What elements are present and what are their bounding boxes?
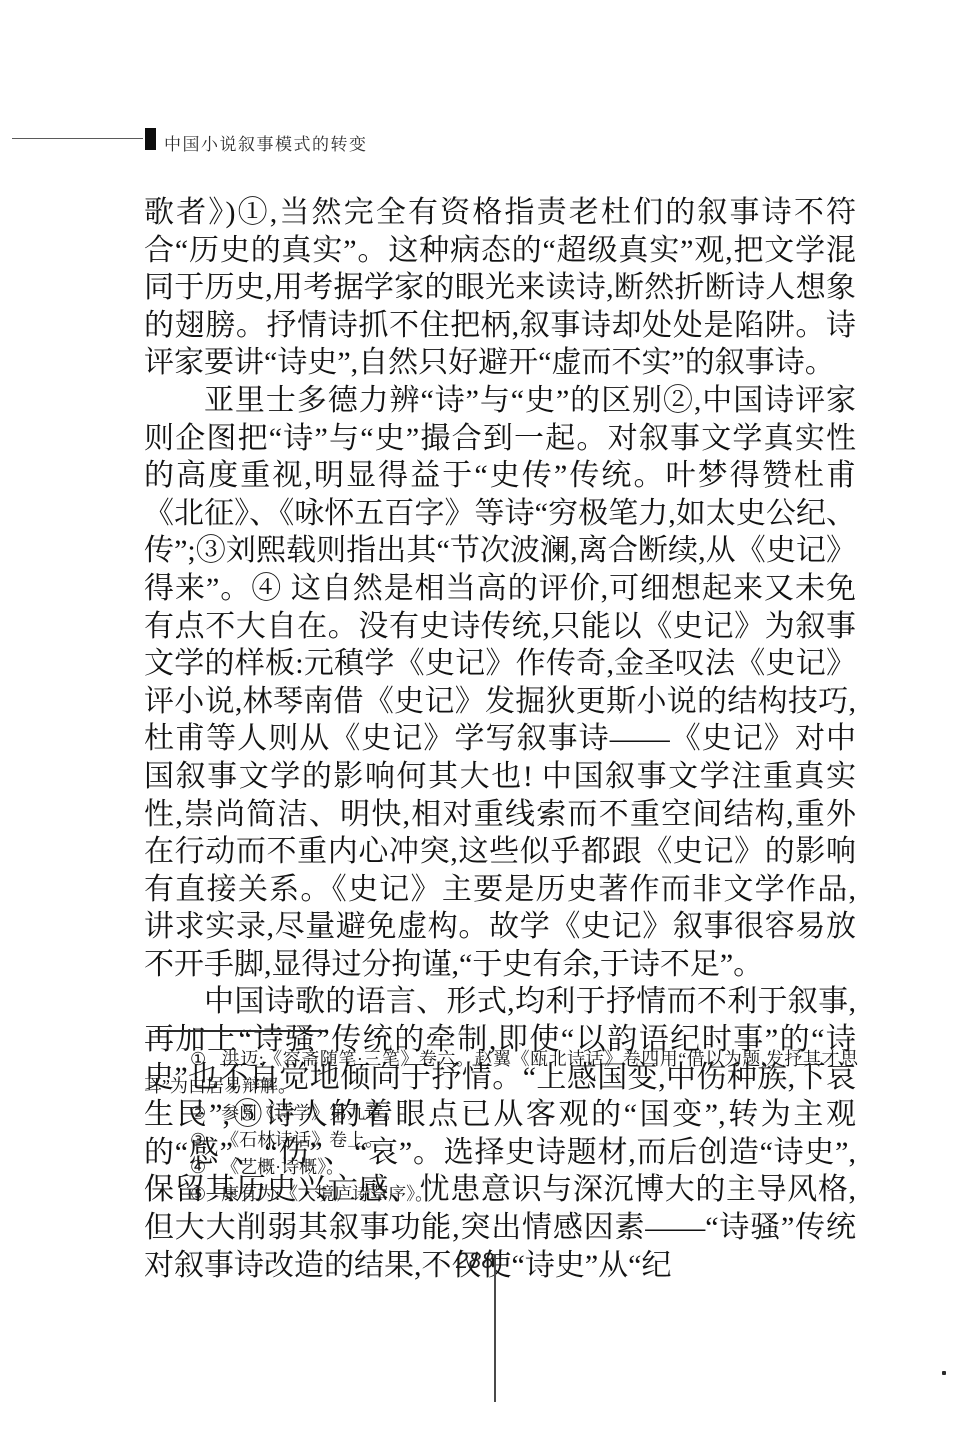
- header-rule: [12, 138, 143, 139]
- footnote: ③《石林诗话》卷上。: [144, 1127, 858, 1154]
- footnote-marker: ④: [190, 1157, 221, 1177]
- footer-vertical-rule: [494, 1254, 496, 1402]
- footnote-text: 《艺概·诗概》。: [221, 1157, 344, 1177]
- paragraph-continuation: 歌者》)①,当然完全有资格指责老杜们的叙事诗不符合“历史的真实”。这种病态的“超…: [144, 194, 856, 382]
- section-marker-icon: [145, 128, 156, 150]
- footnote-marker: ⑤: [190, 1184, 221, 1204]
- footnote-marker: ③: [190, 1130, 221, 1150]
- footnote-text: 参阅《诗学》第九章。: [221, 1103, 401, 1123]
- scan-speck: [942, 1371, 946, 1375]
- paragraph: 亚里士多德力辨“诗”与“史”的区别②,中国诗评家则企图把“诗”与“史”撮合到一起…: [144, 382, 856, 984]
- running-header-title: 中国小说叙事模式的转变: [164, 130, 368, 155]
- footnote-divider: [155, 1030, 325, 1032]
- footnote-text: 《石林诗话》卷上。: [221, 1130, 383, 1150]
- footnote-marker: ①: [190, 1049, 222, 1069]
- footnotes: ①洪迈:《容斋随笔·三笔》卷六。赵翼《瓯北诗话》卷四用“借以为题,发抒其才思耳”…: [144, 1046, 858, 1208]
- footnote-marker: ②: [190, 1103, 221, 1123]
- book-page: 中国小说叙事模式的转变 歌者》)①,当然完全有资格指责老杜们的叙事诗不符合“历史…: [0, 0, 957, 1439]
- footnote: ②参阅《诗学》第九章。: [144, 1100, 858, 1127]
- footnote: ①洪迈:《容斋随笔·三笔》卷六。赵翼《瓯北诗话》卷四用“借以为题,发抒其才思耳”…: [144, 1046, 858, 1100]
- footnote: ④《艺概·诗概》。: [144, 1154, 858, 1181]
- footnote: ⑤康有为:《人境庐诗草序》。: [144, 1181, 858, 1208]
- footnote-text: 洪迈:《容斋随笔·三笔》卷六。赵翼《瓯北诗话》卷四用“借以为题,发抒其才思耳”为…: [144, 1049, 858, 1096]
- footnote-text: 康有为:《人境庐诗草序》。: [221, 1184, 433, 1204]
- page-number: 288: [456, 1248, 494, 1274]
